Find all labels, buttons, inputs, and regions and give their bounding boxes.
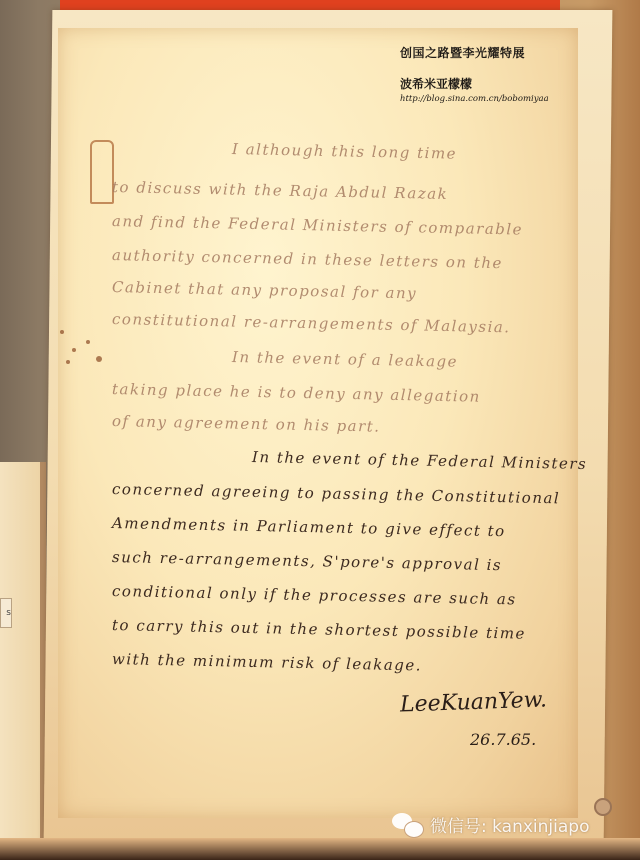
adjacent-exhibit-tag: s	[0, 598, 12, 628]
wechat-icon	[392, 813, 424, 837]
adjacent-exhibit-card	[0, 462, 46, 860]
stain	[66, 360, 70, 364]
frame-red-strip	[60, 0, 560, 10]
exhibition-title: 创国之路暨李光耀特展	[400, 44, 620, 61]
letter-date: 26.7.65.	[470, 730, 536, 749]
stain	[96, 356, 102, 362]
blog-url: http://blog.sina.com.cn/bobomiyaa	[400, 94, 620, 104]
watermark-caption: 创国之路暨李光耀特展 波希米亚檬檬 http://blog.sina.com.c…	[400, 44, 620, 104]
wechat-watermark: 微信号: kanxinjiapo	[392, 812, 589, 837]
blog-author: 波希米亚檬檬	[400, 75, 620, 92]
stain	[86, 340, 90, 344]
seal-icon	[594, 798, 612, 816]
stain	[72, 348, 76, 352]
frame-bottom-edge	[0, 838, 640, 860]
wechat-id: 微信号: kanxinjiapo	[430, 812, 589, 837]
stain	[60, 330, 64, 334]
signature: LeeKuanYew.	[400, 687, 548, 717]
margin-annotation-mark	[90, 140, 114, 204]
